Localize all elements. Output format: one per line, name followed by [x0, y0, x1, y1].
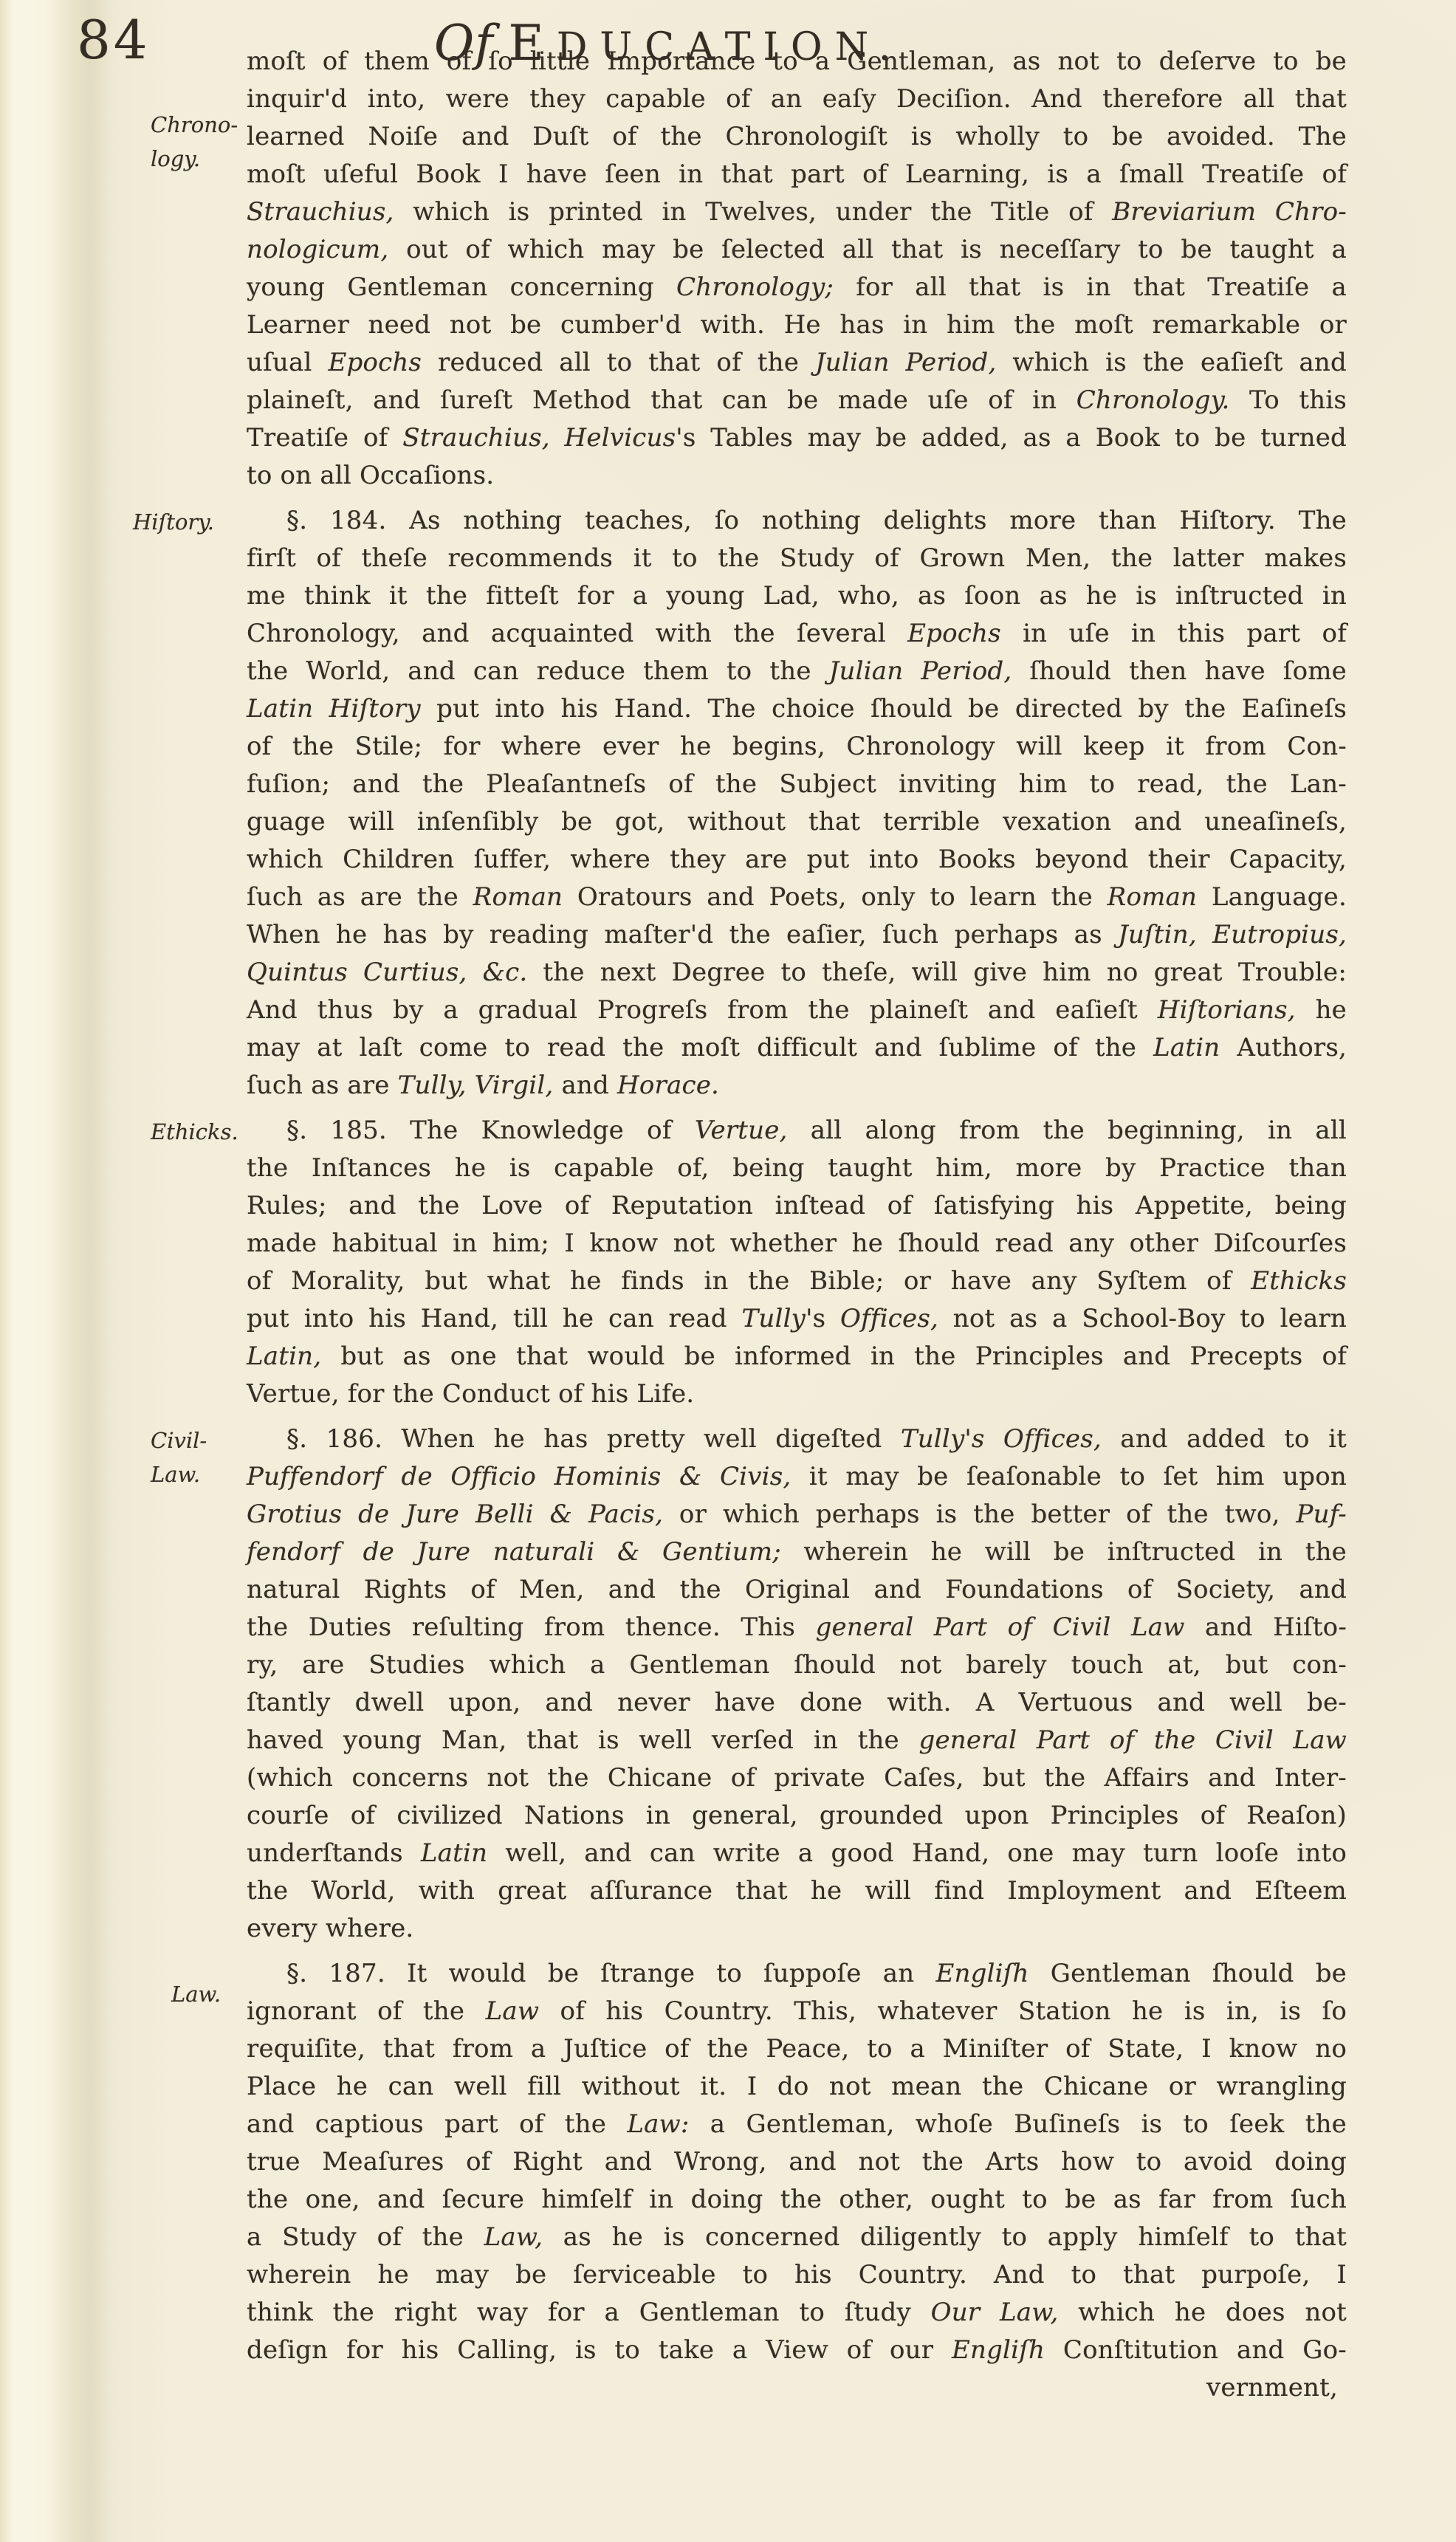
body-text: Gentleman ſhould be	[1029, 1959, 1347, 1988]
body-text: may at laſt come to read the moſt diffic…	[247, 1033, 1153, 1062]
text-line: think the right way for a Gentleman to ſ…	[247, 2294, 1347, 2332]
italic-text: Horace.	[617, 1071, 719, 1100]
body-text: the one, and ſecure himſelf in doing the…	[247, 2185, 1347, 2214]
italic-text: Julian Period,	[829, 656, 1012, 686]
italic-text: Tully, Virgil,	[398, 1071, 554, 1100]
body-text: or which perhaps is the better of the tw…	[663, 1500, 1297, 1529]
body-text: put into his Hand. The choice ſhould be …	[421, 694, 1347, 724]
text-line: put into his Hand, till he can read Tull…	[247, 1300, 1347, 1338]
text-line: fendorf de Jure naturali & Gentium; wher…	[247, 1533, 1347, 1571]
body-text: to on all Occaſions.	[247, 461, 494, 490]
italic-text: Vertue,	[695, 1116, 788, 1145]
body-text: 's	[806, 1304, 840, 1333]
text-line: made habitual in him; I know not whether…	[247, 1225, 1347, 1263]
text-line: which Children ſuffer, where they are pu…	[247, 841, 1347, 879]
body-text: which he does not	[1059, 2298, 1347, 2327]
text-line: the World, with great aſſurance that he …	[247, 1872, 1347, 1910]
italic-text: Puf-	[1297, 1500, 1347, 1529]
body-text: ſuch as are the	[247, 882, 473, 912]
body-text: it may be ſeaſonable to ſet him upon	[791, 1462, 1347, 1491]
italic-text: Engliſh	[935, 1959, 1029, 1988]
italic-text: Julian Period,	[815, 348, 997, 377]
text-line: of the Stile; for where ever he begins, …	[247, 728, 1347, 766]
italic-text: Law	[486, 1996, 540, 2026]
italic-text: Strauchius,	[247, 197, 394, 227]
italic-text: Roman	[1108, 882, 1197, 912]
paragraph: §. 186. When he has pretty well digeſted…	[247, 1421, 1347, 1948]
italic-text: Tully's Offices,	[901, 1424, 1102, 1454]
body-text: wherein he may be ſerviceable to his Cou…	[247, 2260, 1347, 2289]
body-text: wherein he will be inſtructed in the	[781, 1537, 1347, 1567]
body-text: Conſtitution and Go-	[1045, 2335, 1347, 2365]
text-line: §. 184. As nothing teaches, ſo nothing d…	[247, 502, 1347, 540]
body-text: firſt of theſe recommends it to the Stud…	[247, 543, 1347, 573]
body-text: he	[1296, 995, 1347, 1025]
text-line: Vertue, for the Conduct of his Life.	[247, 1375, 1347, 1413]
body-text: not as a School-Boy to learn	[938, 1304, 1347, 1333]
body-text: and added to it	[1102, 1424, 1347, 1454]
margin-note: Law.	[171, 1977, 221, 2011]
body-text: guage will inſenſibly be got, without th…	[247, 807, 1347, 837]
body-text: and Hiſto-	[1185, 1612, 1347, 1642]
text-line: plaineſt, and ſureſt Method that can be …	[247, 382, 1347, 419]
paragraphs: moſt of them of ſo little Importance to …	[247, 43, 1347, 2369]
text-line: the one, and ſecure himſelf in doing the…	[247, 2181, 1347, 2219]
text-line: true Meaſures of Right and Wrong, and no…	[247, 2143, 1347, 2181]
body-text: haved young Man, that is well verſed in …	[247, 1725, 919, 1755]
text-line: and captious part of the Law: a Gentlema…	[247, 2106, 1347, 2143]
italic-text: Tully	[742, 1304, 806, 1333]
body-text: §. 185. The Knowledge of	[286, 1116, 695, 1145]
text-line: the Inſtances he is capable of, being ta…	[247, 1150, 1347, 1187]
body-text: (which concerns not the Chicane of priva…	[247, 1763, 1347, 1793]
body-text: in uſe in this part of	[1001, 619, 1347, 648]
margin-note: Civil-Law.	[151, 1423, 207, 1491]
paragraph: §. 185. The Knowledge of Vertue, all alo…	[247, 1112, 1347, 1413]
text-line: (which concerns not the Chicane of priva…	[247, 1759, 1347, 1797]
italic-text: nologicum,	[247, 235, 388, 264]
text-line: Chronology, and acquainted with the ſeve…	[247, 615, 1347, 653]
text-line: of Morality, but what he finds in the Bi…	[247, 1263, 1347, 1300]
margin-note-line: Civil-	[151, 1423, 207, 1457]
text-line: ry, are Studies which a Gentleman ſhould…	[247, 1646, 1347, 1684]
body-text: deſign for his Calling, is to take a Vie…	[247, 2335, 952, 2365]
body-text: the Duties reſulting from thence. This	[247, 1612, 816, 1642]
italic-text: Offices,	[840, 1304, 938, 1333]
italic-text: Breviarium Chro-	[1112, 197, 1347, 227]
body-text: moſt uſeful Book I have ſeen in that par…	[247, 159, 1347, 189]
italic-text: Chronology.	[1076, 385, 1230, 415]
text-line: moſt of them of ſo little Importance to …	[247, 43, 1347, 80]
text-line: §. 187. It would be ſtrange to ſuppoſe a…	[247, 1955, 1347, 1993]
body-text: inquir'd into, were they capable of an e…	[247, 84, 1347, 114]
italic-text: Roman	[473, 882, 563, 912]
text-line: Place he can well fill without it. I do …	[247, 2068, 1347, 2106]
text-line: ignorant of the Law of his Country. This…	[247, 1993, 1347, 2030]
text-line: Treatiſe of Strauchius, Helvicus's Table…	[247, 419, 1347, 457]
body-text: which is the eaſieſt and	[997, 348, 1347, 377]
italic-text: Engliſh	[952, 2335, 1045, 2365]
text-column: moſt of them of ſo little Importance to …	[247, 43, 1347, 2407]
text-line: me think it the fitteſt for a young Lad,…	[247, 577, 1347, 615]
body-text: uſual	[247, 348, 328, 377]
italic-text: Grotius de Jure Belli & Pacis,	[247, 1500, 663, 1529]
text-line: courſe of civilized Nations in general, …	[247, 1797, 1347, 1835]
text-line: young Gentleman concerning Chronology; f…	[247, 269, 1347, 306]
body-text: learned Noiſe and Duſt of the Chronologi…	[247, 122, 1347, 151]
margin-note-line: Hiſtory.	[133, 505, 214, 539]
body-text: natural Rights of Men, and the Original …	[247, 1575, 1347, 1604]
body-text: of his Country. This, whatever Station h…	[539, 1996, 1347, 2026]
text-line: every where.	[247, 1910, 1347, 1948]
body-text: plaineſt, and ſureſt Method that can be …	[247, 385, 1076, 415]
book-page: { "page": { "number": "84", "title_of": …	[0, 0, 1456, 2542]
body-text: and	[553, 1071, 617, 1100]
body-text: Rules; and the Love of Reputation inſtea…	[247, 1191, 1347, 1220]
text-line: nologicum, out of which may be ſelected …	[247, 231, 1347, 269]
page-number: 84	[77, 13, 151, 66]
margin-note: Hiſtory.	[133, 505, 214, 539]
text-line: ſtantly dwell upon, and never have done …	[247, 1684, 1347, 1722]
text-line: Latin, but as one that would be informed…	[247, 1338, 1347, 1375]
text-line: moſt uſeful Book I have ſeen in that par…	[247, 156, 1347, 193]
margin-note-line: Law.	[171, 1977, 221, 2011]
text-line: guage will inſenſibly be got, without th…	[247, 803, 1347, 841]
margin-note-line: Chrono-	[151, 108, 238, 142]
margin-note-line: Law.	[151, 1457, 207, 1491]
text-line: the World, and can reduce them to the Ju…	[247, 653, 1347, 690]
italic-text: Chronology;	[676, 272, 834, 302]
catchword: vernment,	[247, 2369, 1347, 2407]
body-text: fuſion; and the Pleaſantneſs of the Subj…	[247, 769, 1347, 799]
body-text: made habitual in him; I know not whether…	[247, 1229, 1347, 1258]
body-text: Vertue, for the Conduct of his Life.	[247, 1379, 694, 1409]
text-line: Grotius de Jure Belli & Pacis, or which …	[247, 1496, 1347, 1533]
body-text: think the right way for a Gentleman to ſ…	[247, 2298, 931, 2327]
text-line: Latin Hiſtory put into his Hand. The cho…	[247, 690, 1347, 728]
body-text: reduced all to that of the	[422, 348, 815, 377]
body-text: me think it the fitteſt for a young Lad,…	[247, 581, 1347, 611]
body-text: a Study of the	[247, 2222, 484, 2252]
body-text: the next Degree to theſe, will give him …	[527, 958, 1347, 987]
italic-text: Law:	[627, 2109, 689, 2139]
text-line: haved young Man, that is well verſed in …	[247, 1722, 1347, 1759]
text-line: inquir'd into, were they capable of an e…	[247, 80, 1347, 118]
text-line: underſtands Latin well, and can write a …	[247, 1835, 1347, 1872]
italic-text: Epochs	[907, 619, 1001, 648]
text-line: requiſite, that from a Juſtice of the Pe…	[247, 2030, 1347, 2068]
text-line: Rules; and the Love of Reputation inſtea…	[247, 1187, 1347, 1225]
body-text: Place he can well fill without it. I do …	[247, 2072, 1347, 2101]
body-text: moſt of them of ſo little Importance to …	[247, 47, 1347, 76]
italic-text: Our Law,	[931, 2298, 1059, 2327]
body-text: but as one that would be informed in the…	[321, 1342, 1347, 1371]
body-text: young Gentleman concerning	[247, 272, 676, 302]
italic-text: Puffendorf de Officio Hominis & Civis,	[247, 1462, 791, 1491]
text-line: Puffendorf de Officio Hominis & Civis, i…	[247, 1458, 1347, 1496]
body-text: ry, are Studies which a Gentleman ſhould…	[247, 1650, 1347, 1680]
text-line: firſt of theſe recommends it to the Stud…	[247, 540, 1347, 577]
body-text: Chronology, and acquainted with the ſeve…	[247, 619, 907, 648]
margin-note: Ethicks.	[151, 1115, 238, 1149]
italic-text: Strauchius, Helvicus	[402, 423, 676, 453]
body-text: And thus by a gradual Progreſs from the …	[247, 995, 1158, 1025]
body-text: all along from the beginning, in all	[788, 1116, 1347, 1145]
text-line: the Duties reſulting from thence. This g…	[247, 1609, 1347, 1646]
body-text: which is printed in Twelves, under the T…	[394, 197, 1113, 227]
margin-note-line: Ethicks.	[151, 1115, 238, 1149]
body-text: put into his Hand, till he can read	[247, 1304, 742, 1333]
margin-note-line: logy.	[151, 142, 238, 176]
body-text: §. 184. As nothing teaches, ſo nothing d…	[286, 506, 1347, 535]
paragraph: §. 184. As nothing teaches, ſo nothing d…	[247, 502, 1347, 1105]
body-text: a Gentleman, whoſe Buſineſs is to ſeek t…	[690, 2109, 1347, 2139]
italic-text: general Part of Civil Law	[816, 1612, 1185, 1642]
italic-text: Quintus Curtius, &c.	[247, 958, 527, 987]
body-text: courſe of civilized Nations in general, …	[247, 1801, 1347, 1830]
italic-text: Epochs	[328, 348, 422, 377]
body-text: of Morality, but what he finds in the Bi…	[247, 1266, 1251, 1296]
body-text: for all that is in that Treatiſe a	[834, 272, 1347, 302]
body-text: 's Tables may be added, as a Book to be …	[676, 423, 1347, 453]
text-line: §. 186. When he has pretty well digeſted…	[247, 1421, 1347, 1458]
body-text: ignorant of the	[247, 1996, 486, 2026]
body-text: of the Stile; for where ever he begins, …	[247, 732, 1347, 761]
italic-text: general Part of the Civil Law	[919, 1725, 1347, 1755]
text-line: uſual Epochs reduced all to that of the …	[247, 344, 1347, 382]
text-line: Learner need not be cumber'd with. He ha…	[247, 306, 1347, 344]
body-text: underſtands	[247, 1838, 421, 1868]
body-text: To this	[1230, 385, 1347, 415]
italic-text: Latin	[421, 1838, 487, 1868]
text-line: ſuch as are the Roman Oratours and Poets…	[247, 879, 1347, 916]
body-text: Treatiſe of	[247, 423, 402, 453]
italic-text: Law,	[484, 2222, 543, 2252]
body-text: true Meaſures of Right and Wrong, and no…	[247, 2147, 1347, 2177]
italic-text: Ethicks	[1251, 1266, 1347, 1296]
text-line: Strauchius, which is printed in Twelves,…	[247, 193, 1347, 231]
italic-text: Juſtin, Eutropius,	[1118, 920, 1347, 949]
body-text: Learner need not be cumber'd with. He ha…	[247, 310, 1347, 340]
body-text: Authors,	[1220, 1033, 1347, 1062]
body-text: well, and can write a good Hand, one may…	[487, 1838, 1347, 1868]
body-text: which Children ſuffer, where they are pu…	[247, 845, 1347, 874]
text-line: natural Rights of Men, and the Original …	[247, 1571, 1347, 1609]
text-line: learned Noiſe and Duſt of the Chronologi…	[247, 118, 1347, 156]
text-line: When he has by reading maſter'd the eaſi…	[247, 916, 1347, 954]
text-line: wherein he may be ſerviceable to his Cou…	[247, 2256, 1347, 2294]
body-text: requiſite, that from a Juſtice of the Pe…	[247, 2034, 1347, 2064]
body-text: When he has by reading maſter'd the eaſi…	[247, 920, 1118, 949]
body-text: ſtantly dwell upon, and never have done …	[247, 1688, 1347, 1717]
text-line: ſuch as are Tully, Virgil, and Horace.	[247, 1067, 1347, 1105]
body-text: ſuch as are	[247, 1071, 398, 1100]
text-line: fuſion; and the Pleaſantneſs of the Subj…	[247, 766, 1347, 803]
text-line: deſign for his Calling, is to take a Vie…	[247, 2332, 1347, 2369]
body-text: every where.	[247, 1914, 413, 1943]
paragraph: moſt of them of ſo little Importance to …	[247, 43, 1347, 495]
body-text: as he is concerned diligently to apply h…	[543, 2222, 1347, 2252]
body-text: Oratours and Poets, only to learn the	[563, 882, 1108, 912]
body-text: ſhould then have ſome	[1012, 656, 1347, 686]
body-text: §. 187. It would be ſtrange to ſuppoſe a…	[286, 1959, 935, 1988]
text-line: a Study of the Law, as he is concerned d…	[247, 2219, 1347, 2256]
body-text: the World, with great aſſurance that he …	[247, 1876, 1347, 1906]
text-line: to on all Occaſions.	[247, 457, 1347, 495]
italic-text: Latin	[1153, 1033, 1220, 1062]
text-line: may at laſt come to read the moſt diffic…	[247, 1029, 1347, 1067]
body-text: Language.	[1197, 882, 1347, 912]
body-text: and captious part of the	[247, 2109, 627, 2139]
italic-text: Hiſtorians,	[1158, 995, 1296, 1025]
italic-text: Latin,	[247, 1342, 321, 1371]
paragraph: §. 187. It would be ſtrange to ſuppoſe a…	[247, 1955, 1347, 2369]
body-text: §. 186. When he has pretty well digeſted	[286, 1424, 901, 1454]
text-line: §. 185. The Knowledge of Vertue, all alo…	[247, 1112, 1347, 1150]
italic-text: Latin Hiſtory	[247, 694, 421, 724]
text-line: And thus by a gradual Progreſs from the …	[247, 992, 1347, 1029]
body-text: the World, and can reduce them to the	[247, 656, 829, 686]
body-text: the Inſtances he is capable of, being ta…	[247, 1153, 1347, 1183]
body-text: out of which may be ſelected all that is…	[388, 235, 1347, 264]
text-line: Quintus Curtius, &c. the next Degree to …	[247, 954, 1347, 992]
margin-note: Chrono-logy.	[151, 108, 238, 176]
italic-text: fendorf de Jure naturali & Gentium;	[247, 1537, 781, 1567]
